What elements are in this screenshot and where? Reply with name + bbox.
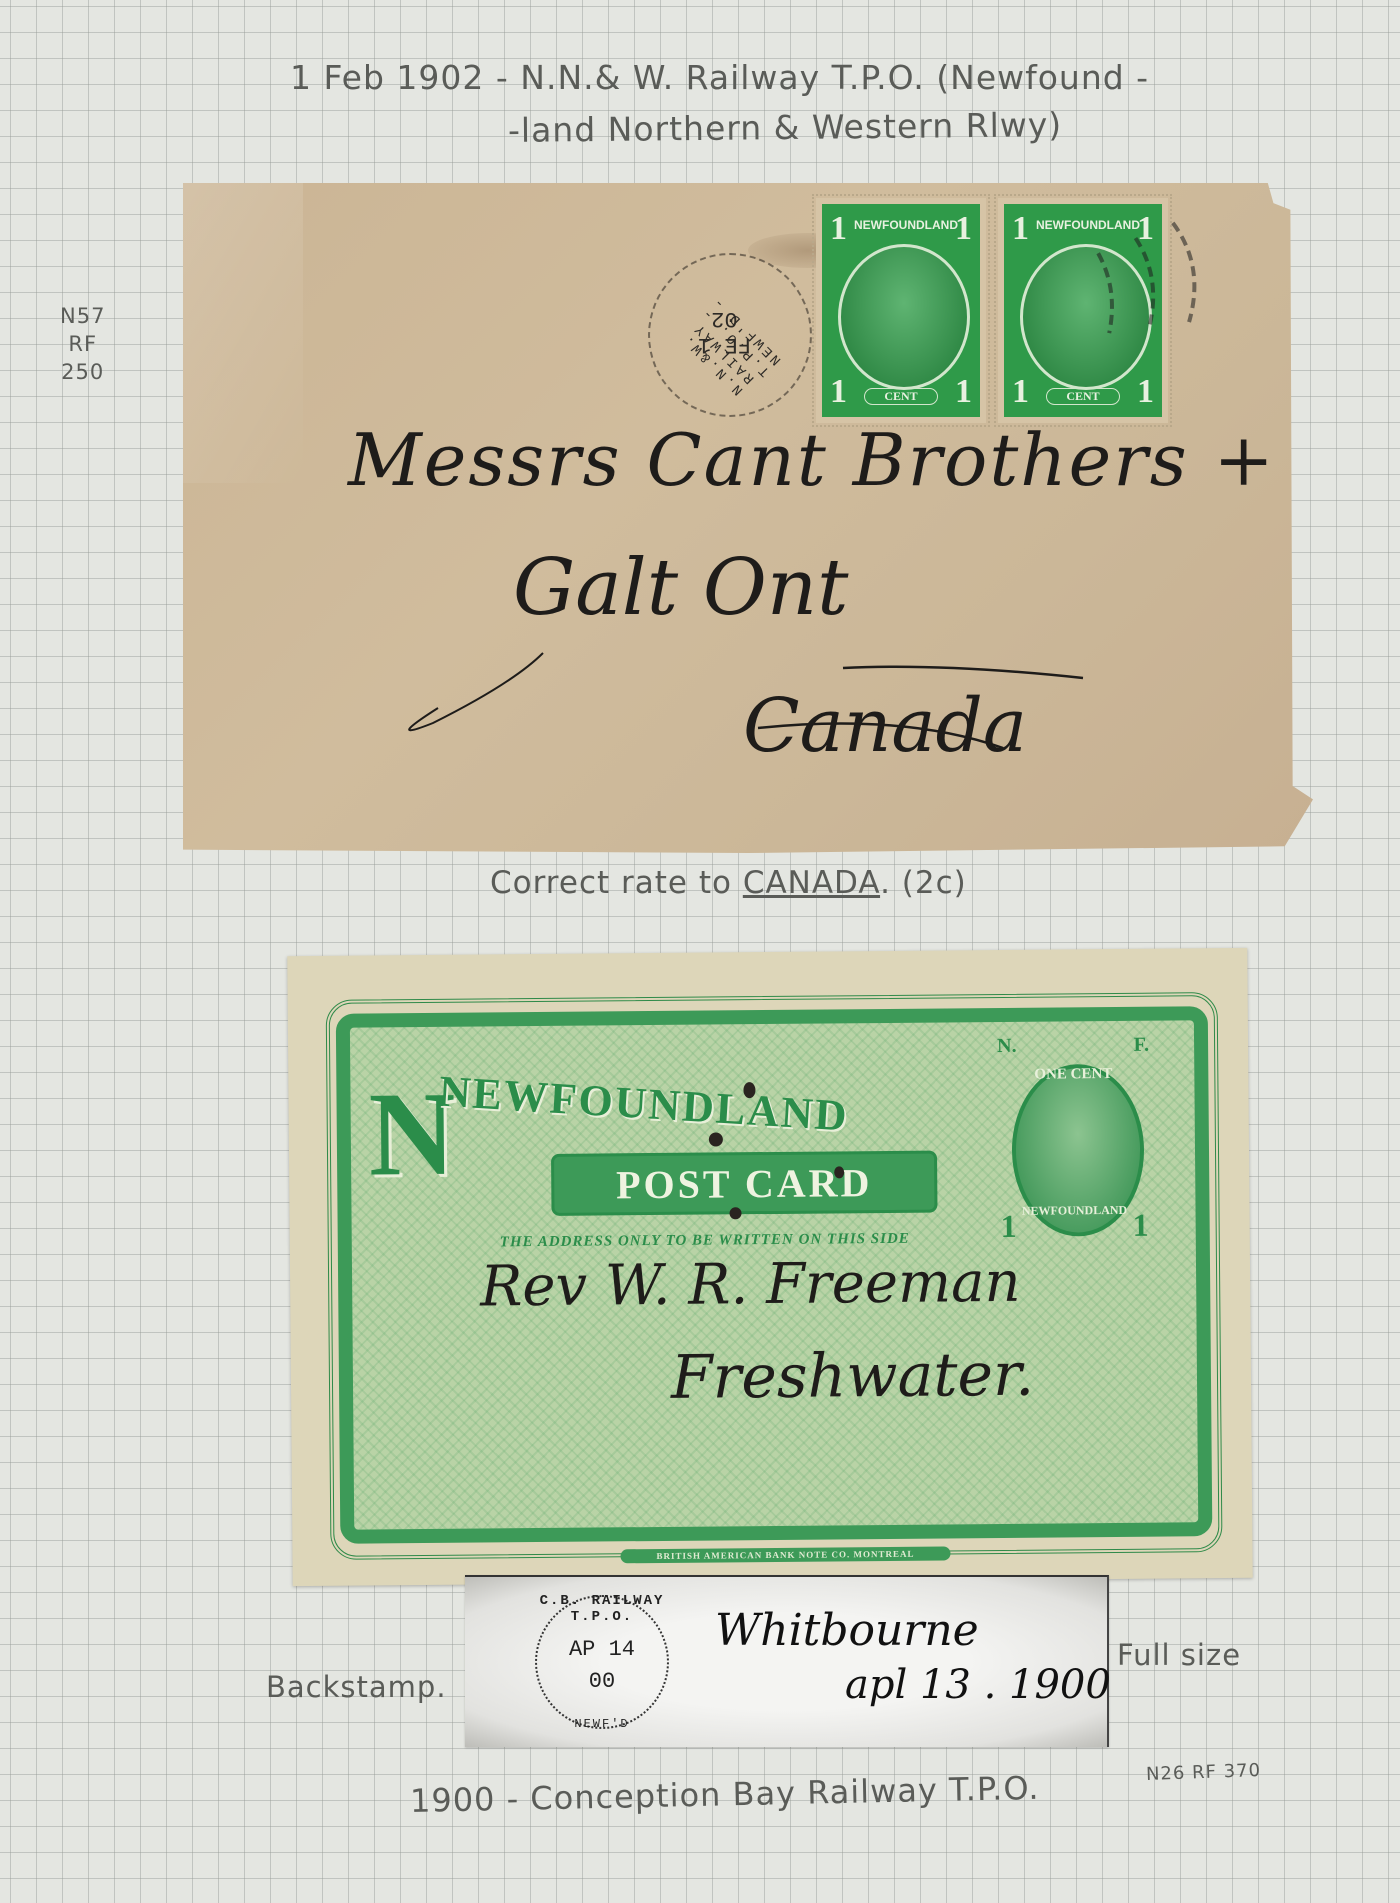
envelope-cover: N.N.&W. RAILWAY T.P.O. - NEWF'D - FE 1 0…	[183, 183, 1313, 853]
catalog-number: N57	[60, 302, 105, 330]
side-catalog-note: N57 RF 250	[60, 302, 105, 386]
rate-note: Correct rate to CANADA. (2c)	[490, 865, 967, 901]
ink-blot	[729, 1207, 741, 1219]
backstamp-photocopy: C.B. RAILWAY T.P.O. AP 14 00 NEWF'D Whit…	[465, 1575, 1109, 1747]
backstamp-script-place: Whitbourne	[715, 1605, 979, 1656]
card-title: POST CARD	[616, 1159, 873, 1208]
catalog-rf-value: 250	[60, 358, 105, 386]
full-size-label: Full size	[1117, 1638, 1241, 1672]
ink-blot	[743, 1082, 755, 1098]
ink-blot	[709, 1132, 723, 1146]
cbr-tpo-postmark: C.B. RAILWAY T.P.O. AP 14 00 NEWF'D	[535, 1595, 669, 1729]
card-address-line-1: Rev W. R. Freeman	[480, 1250, 1021, 1320]
ink-blot	[834, 1166, 844, 1178]
card-title-box: POST CARD	[551, 1151, 938, 1216]
card-address-line-2: Freshwater.	[671, 1340, 1035, 1413]
card-instruction: THE ADDRESS ONLY TO BE WRITTEN ON THIS S…	[500, 1231, 910, 1252]
card-printer-imprint: BRITISH AMERICAN BANK NOTE CO. MONTREAL	[620, 1546, 950, 1563]
card-imprinted-stamp: N. F. ONE CENT NEWFOUNDLAND 1 1	[993, 1034, 1155, 1245]
bottom-catalog-note: N26 RF 370	[1146, 1760, 1262, 1785]
rate-note-country: CANADA	[743, 865, 880, 901]
postal-stationery-card: N NEWFOUNDLAND POST CARD THE ADDRESS ONL…	[287, 948, 1252, 1586]
backstamp-script-date: apl 13 . 1900	[845, 1662, 1111, 1708]
catalog-rf-label: RF	[60, 330, 105, 358]
page-heading-line-1: 1 Feb 1902 - N.N.& W. Railway T.P.O. (Ne…	[290, 58, 1149, 97]
bottom-heading: 1900 - Conception Bay Railway T.P.O.	[410, 1769, 1040, 1820]
page-heading-line-2: -land Northern & Western Rlwy)	[508, 105, 1063, 150]
backstamp-label: Backstamp.	[266, 1670, 447, 1704]
handwriting-flourish-icon	[183, 183, 1313, 853]
